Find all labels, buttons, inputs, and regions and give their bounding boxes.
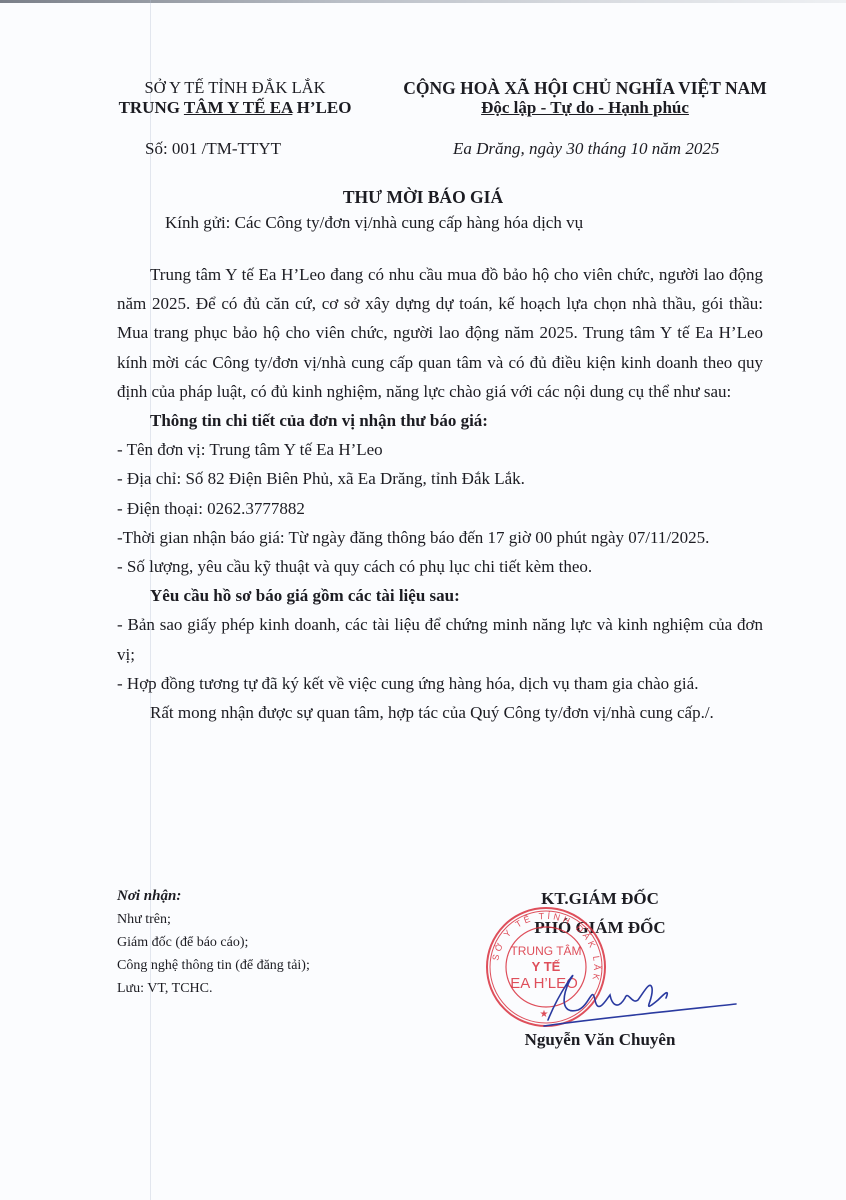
- document-page: SỞ Y TẾ TỈNH ĐẮK LẮK TRUNG TÂM Y TẾ EA H…: [0, 0, 846, 1200]
- recipient-item: Lưu: VT, TCHC.: [117, 977, 310, 1000]
- section-heading-requirements: Yêu cầu hồ sơ báo giá gồm các tài liệu s…: [117, 581, 763, 610]
- recipient-item: Công nghệ thông tin (để đăng tải);: [117, 954, 310, 977]
- requirement-item-license: - Bản sao giấy phép kinh doanh, các tài …: [117, 610, 763, 668]
- info-item-specs: - Số lượng, yêu cầu kỹ thuật và quy cách…: [117, 552, 763, 581]
- handwritten-signature-icon: [540, 960, 740, 1030]
- closing-paragraph: Rất mong nhận được sự quan tâm, hợp tác …: [117, 698, 763, 727]
- document-title: THƯ MỜI BÁO GIÁ: [0, 187, 846, 208]
- national-motto: Độc lập - Tự do - Hạnh phúc: [370, 98, 800, 118]
- addressee: Kính gửi: Các Công ty/đơn vị/nhà cung cấ…: [165, 213, 583, 233]
- ministry-name: SỞ Y TẾ TỈNH ĐẮK LẮK: [100, 78, 370, 98]
- recipient-item: Như trên;: [117, 908, 310, 931]
- recipients-list: Nơi nhận: Như trên; Giám đốc (để báo cáo…: [117, 885, 310, 1000]
- info-item-address: - Địa chỉ: Số 82 Điện Biên Phủ, xã Ea Dr…: [117, 464, 763, 493]
- recipients-title: Nơi nhận:: [117, 885, 310, 908]
- stamp-text-line1: TRUNG TÂM: [510, 943, 581, 958]
- requirement-item-contracts: - Hợp đồng tương tự đã ký kết về việc cu…: [117, 669, 763, 698]
- info-item-unit-name: - Tên đơn vị: Trung tâm Y tế Ea H’Leo: [117, 435, 763, 464]
- national-header: CỘNG HOÀ XÃ HỘI CHỦ NGHĨA VIỆT NAM Độc l…: [370, 78, 800, 118]
- document-body: Trung tâm Y tế Ea H’Leo đang có nhu cầu …: [117, 260, 763, 727]
- info-item-deadline: -Thời gian nhận báo giá: Từ ngày đăng th…: [117, 523, 763, 552]
- signer-name: Nguyễn Văn Chuyên: [460, 1030, 740, 1050]
- info-item-phone: - Điện thoại: 0262.3777882: [117, 494, 763, 523]
- date-line: Ea Drăng, ngày 30 tháng 10 năm 2025: [453, 139, 719, 159]
- recipient-item: Giám đốc (để báo cáo);: [117, 931, 310, 954]
- organization-name: TRUNG TÂM Y TẾ EA H’LEO: [100, 98, 370, 118]
- section-heading-recipient-info: Thông tin chi tiết của đơn vị nhận thư b…: [117, 406, 763, 435]
- intro-paragraph: Trung tâm Y tế Ea H’Leo đang có nhu cầu …: [117, 260, 763, 406]
- issuer-header: SỞ Y TẾ TỈNH ĐẮK LẮK TRUNG TÂM Y TẾ EA H…: [100, 78, 370, 118]
- document-number: Số: 001 /TM-TTYT: [145, 139, 281, 159]
- nation-name: CỘNG HOÀ XÃ HỘI CHỦ NGHĨA VIỆT NAM: [370, 78, 800, 98]
- scan-edge: [0, 0, 846, 3]
